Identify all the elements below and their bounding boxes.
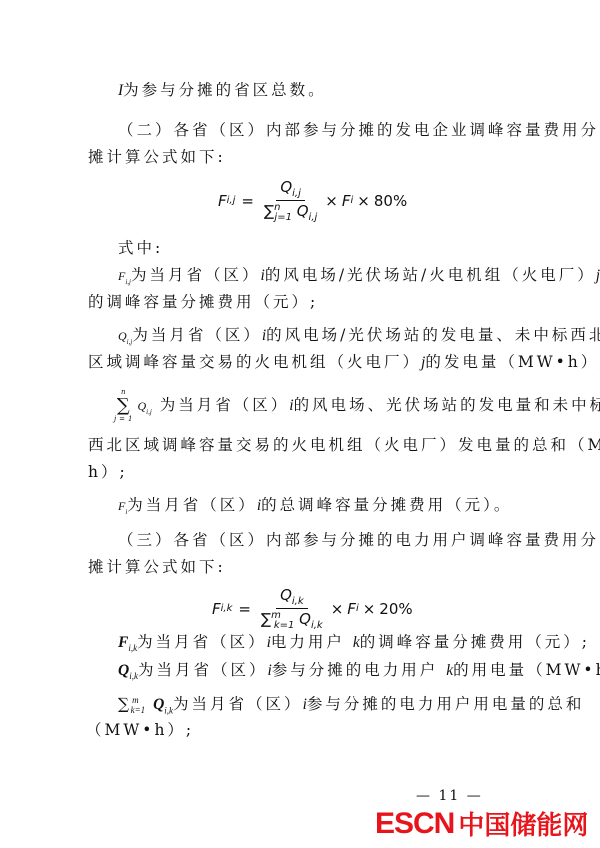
percentage: 20% (379, 600, 412, 618)
var-j: j (596, 267, 600, 284)
text: 的用电量（MW•h）; (453, 661, 600, 679)
definition-qij: Qi,j为当月省（区）i的风电场/光伏场站的发电量、未中标西北 (118, 325, 600, 352)
denominator: ∑mk=1 Qi,k (261, 609, 323, 631)
text: 为当月省（区） (137, 633, 267, 651)
section-3-heading-cont: 摊计算公式如下: (88, 557, 226, 577)
var-f: F (118, 634, 128, 651)
definition-sum-qij-cont: 西北区域调峰容量交易的火电机组（火电厂）发电量的总和（MW• (88, 435, 600, 455)
var-sub: i,k (129, 671, 138, 681)
den-q: Q (299, 610, 311, 628)
sum-icon: ∑ (261, 610, 271, 628)
text: 为当月省（区） (160, 396, 290, 414)
times-sign: × (363, 600, 376, 618)
text: 参与分摊的电力用户 (272, 661, 439, 679)
text: 的总调峰容量分摊费用（元）。 (261, 496, 512, 514)
text: 参与分摊的电力用户用电量的总和 (307, 695, 585, 713)
text: 的风电场/光伏场站/火电机组（火电厂） (265, 266, 596, 284)
where-label: 式中: (118, 238, 163, 258)
formula-fi: F (347, 600, 356, 618)
var-sub: i,k (128, 643, 137, 653)
text: 区域调峰容量交易的火电机组（火电厂） (88, 353, 421, 371)
page-number: — 11 — (416, 788, 483, 804)
var-q: Q (118, 329, 127, 343)
logo-text-cn: 中国储能网 (458, 805, 588, 842)
times-sign: × (325, 192, 338, 210)
numerator: Qi,j (276, 178, 305, 201)
num-sub: i,j (292, 188, 301, 199)
equals-sign: = (241, 192, 254, 210)
sum-sub: k=1 (274, 620, 295, 631)
text: 的发电量（MW•h）; (425, 353, 600, 371)
formula-lhs-sub: i,j (227, 195, 236, 206)
definition-sum-qij-cont2: h）; (88, 462, 128, 482)
var-q: Q (138, 399, 147, 413)
total-provinces-definition: I为参与分摊的省区总数。 (118, 80, 327, 101)
formula-lhs-sub: i,k (221, 603, 233, 614)
formula-lhs: F (212, 600, 221, 618)
section-2-heading-cont: 摊计算公式如下: (88, 147, 226, 167)
num-q: Q (280, 586, 292, 604)
den-q: Q (297, 202, 309, 220)
num-sub: i,k (292, 596, 304, 607)
text: 的风电场/光伏场站的发电量、未中标西北 (266, 326, 600, 344)
sum-sign: ∑ (117, 397, 133, 415)
text: 的风电场、光伏场站的发电量和未中标 (294, 396, 600, 414)
sum-sub: j=1 (114, 415, 136, 424)
var-k: k (353, 634, 360, 651)
formula-fi: F (342, 192, 351, 210)
formula-lhs: F (218, 192, 227, 210)
den-q-sub: i,j (309, 212, 318, 223)
fraction: Qi,k ∑mk=1 Qi,k (261, 586, 323, 631)
formula-generator-allocation: Fi,j = Qi,j ∑nj=1 Qi,j × Fi × 80% (218, 178, 407, 223)
text: 的调峰容量分摊费用（元）; (360, 633, 590, 651)
den-q-sub: i,k (311, 620, 323, 631)
definition-qik: Qi,k为当月省（区）i参与分摊的电力用户 k的用电量（MW•h）; (118, 660, 600, 686)
definition-fij-cont: 的调峰容量分摊费用（元）; (88, 292, 318, 312)
percentage: 80% (374, 192, 407, 210)
num-q: Q (280, 178, 292, 196)
text: 为当月省（区） (138, 661, 268, 679)
section-3-heading: （三）各省（区）内部参与分摊的电力用户调峰容量费用分 (118, 530, 599, 550)
section-2-heading: （二）各省（区）内部参与分摊的发电企业调峰容量费用分 (118, 120, 599, 140)
sum-icon: n∑j=1 (114, 388, 136, 424)
sum-sup: m (132, 695, 139, 705)
text: 为当月省（区） (131, 266, 261, 284)
sum-icon: ∑ (264, 202, 274, 220)
definition-fi: Fi为当月省（区）i的总调峰容量分摊费用（元）。 (118, 495, 512, 522)
definition-qij-cont: 区域调峰容量交易的火电机组（火电厂）j的发电量（MW•h）; (88, 352, 600, 373)
text: 为当月省（区） (127, 496, 257, 514)
sum-sub: j=1 (274, 212, 292, 223)
definition-text: 为参与分摊的省区总数。 (123, 81, 327, 99)
var-q: Q (153, 696, 164, 713)
formula-user-allocation: Fi,k = Qi,k ∑mk=1 Qi,k × Fi × 20% (212, 586, 413, 631)
denominator: ∑nj=1 Qi,j (264, 201, 317, 223)
formula-fi-sub: i (356, 603, 359, 614)
text: 为当月省（区） (132, 326, 262, 344)
text: 电力用户 (271, 633, 345, 651)
definition-sum-qij: n∑j=1Qi,j 为当月省（区）i的风电场、光伏场站的发电量和未中标 (114, 388, 600, 424)
var-sub: i,j (146, 408, 152, 416)
times-sign: × (357, 192, 370, 210)
sum-icon: ∑ (118, 695, 132, 713)
fraction: Qi,j ∑nj=1 Qi,j (264, 178, 317, 223)
times-sign: × (331, 600, 344, 618)
numerator: Qi,k (276, 586, 308, 609)
definition-sum-qik-cont: （MW•h）; (86, 720, 194, 740)
text: 为当月省（区） (173, 695, 303, 713)
logo-text-en: ESCN (375, 807, 454, 841)
equals-sign: = (238, 600, 251, 618)
definition-fij: Fi,j为当月省（区）i的风电场/光伏场站/火电机组（火电厂）j (118, 265, 600, 292)
definition-fik: Fi,k为当月省（区）i电力用户 k的调峰容量分摊费用（元）; (118, 632, 590, 658)
formula-fi-sub: i (351, 195, 354, 206)
definition-sum-qik: ∑mk=1 Qi,k为当月省（区）i参与分摊的电力用户用电量的总和 (118, 690, 584, 720)
sum-sub: k=1 (131, 705, 146, 715)
var-sub: i,k (164, 705, 173, 715)
var-q: Q (118, 662, 129, 679)
watermark-logo: ESCN 中国储能网 (375, 805, 588, 842)
